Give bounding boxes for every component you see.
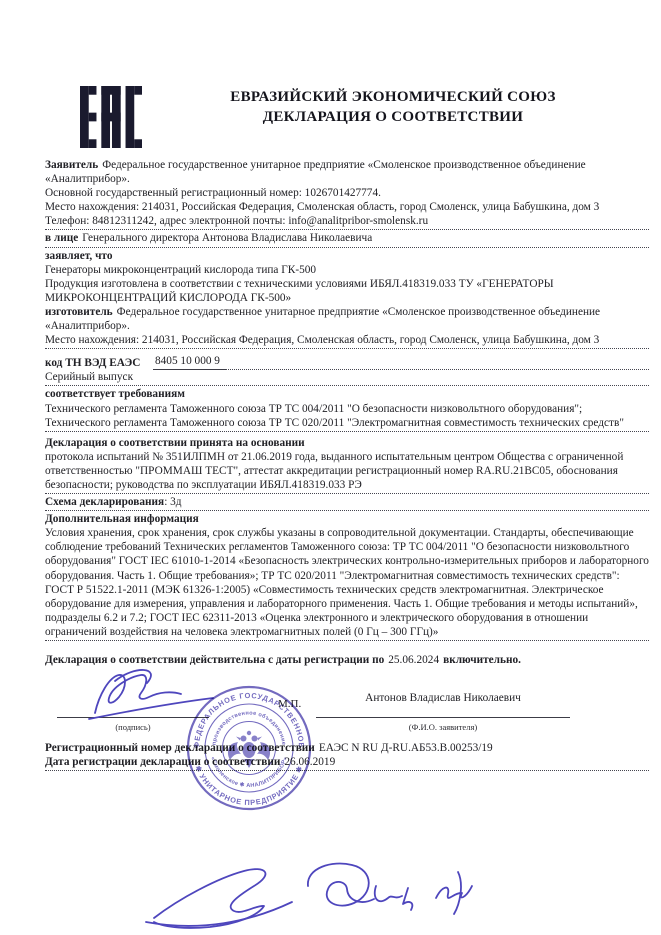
document-body: ЗаявительФедеральное государственное уни… <box>45 158 649 795</box>
compliance-heading: соответствует требованиям <box>45 387 649 401</box>
stamp-outer-top-text: ФЕДЕРАЛЬНОЕ ГОСУДАРСТВЕННОЕ <box>192 691 306 749</box>
tnved-row: код ТН ВЭД ЕАЭС8405 10 000 9 <box>45 354 649 370</box>
basis-heading: Декларация о соответствии принята на осн… <box>45 436 649 450</box>
representative-line: в лицеГенерального директора Антонова Вл… <box>45 231 649 247</box>
basis-text: протокола испытаний № 351ИЛПМН от 21.06.… <box>45 450 649 494</box>
fio-field: Антонов Владислав Николаевич (Ф.И.О. зая… <box>316 683 570 734</box>
additional-heading: Дополнительная информация <box>45 512 649 526</box>
tnved-code: 8405 10 000 9 <box>153 354 226 370</box>
registration-date-line: Дата регистрации декларации о соответств… <box>45 755 649 771</box>
applicant-address: Место нахождения: 214031, Российская Фед… <box>45 200 649 214</box>
svg-text:ФЕДЕРАЛЬНОЕ ГОСУДАРСТВЕННОЕ: ФЕДЕРАЛЬНОЕ ГОСУДАРСТВЕННОЕ <box>192 691 306 749</box>
representative-label: в лице <box>45 232 78 244</box>
compliance-item-1: Технического регламента Таможенного союз… <box>45 402 649 416</box>
signature-row: (подпись) М.П. Антонов Владислав Николае… <box>45 683 649 741</box>
signature-scribble-1 <box>154 869 265 928</box>
validity-date: 25.06.2024 <box>388 654 439 666</box>
manufacturer-address: Место нахождения: 214031, Российская Фед… <box>45 333 649 349</box>
applicant-name: Федеральное государственное унитарное пр… <box>45 159 586 185</box>
manufacturer-line: изготовительФедеральное государственное … <box>45 305 649 333</box>
scheme-value: : 3д <box>164 496 181 508</box>
stamp-inner-top-text: производственное объединение <box>212 711 287 746</box>
scheme-label: Схема декларирования <box>45 496 164 508</box>
svg-text:производственное объединение: производственное объединение <box>212 711 287 746</box>
representative-name: Генерального директора Антонова Владисла… <box>82 232 372 244</box>
applicant-ogrn: Основной государственный регистрационный… <box>45 186 649 200</box>
title-union: ЕВРАЗИЙСКИЙ ЭКОНОМИЧЕСКИЙ СОЮЗ <box>228 87 558 107</box>
tnved-label: код ТН ВЭД ЕАЭС <box>45 356 153 370</box>
product-name: Генераторы микроконцентраций кислорода т… <box>45 263 649 277</box>
compliance-item-2: Технического регламента Таможенного союз… <box>45 416 649 432</box>
title-document-type: ДЕКЛАРАЦИЯ О СООТВЕТСТВИИ <box>228 107 558 127</box>
applicant-contacts: Телефон: 84812311242, адрес электронной … <box>45 214 649 230</box>
document-title: ЕВРАЗИЙСКИЙ ЭКОНОМИЧЕСКИЙ СОЮЗ ДЕКЛАРАЦИ… <box>228 87 558 127</box>
company-seal-stamp: ФЕДЕРАЛЬНОЕ ГОСУДАРСТВЕННОЕ ✱ УНИТАРНОЕ … <box>184 683 314 813</box>
registration-number: ЕАЭС N RU Д-RU.АБ53.В.00253/19 <box>319 742 493 754</box>
applicant-line: ЗаявительФедеральное государственное уни… <box>45 158 649 186</box>
manufacturer-name: Федеральное государственное унитарное пр… <box>45 306 600 332</box>
product-specs: Продукция изготовлена в соответствии с т… <box>45 277 649 305</box>
manufacturer-label: изготовитель <box>45 306 113 318</box>
scheme-line: Схема декларирования: 3д <box>45 495 649 511</box>
applicant-label: Заявитель <box>45 159 98 171</box>
declaration-of-conformity-document: ЕВРАЗИЙСКИЙ ЭКОНОМИЧЕСКИЙ СОЮЗ ДЕКЛАРАЦИ… <box>0 0 661 935</box>
eac-logo-icon <box>80 85 142 149</box>
validity-prefix: Декларация о соответствии действительна … <box>45 654 384 666</box>
signature-registration-zone: (подпись) М.П. Антонов Владислав Николае… <box>45 683 649 795</box>
registration-number-line: Регистрационный номер декларации о соотв… <box>45 741 649 755</box>
bottom-handwritten-signatures <box>140 856 520 935</box>
signature-scribble-3 <box>436 886 472 898</box>
applicant-fio: Антонов Владислав Николаевич <box>316 683 570 717</box>
issue-type: Серийный выпуск <box>45 370 649 386</box>
tnved-ruling-line <box>226 356 649 370</box>
eac-mark-glyphs <box>80 85 142 149</box>
fio-caption: (Ф.И.О. заявителя) <box>316 718 570 734</box>
signature-scribble-2 <box>308 864 374 906</box>
additional-text: Условия хранения, срок хранения, срок сл… <box>45 526 649 641</box>
eagle-emblem-icon <box>228 731 270 768</box>
validity-suffix: включительно. <box>443 654 521 666</box>
declares-heading: заявляет, что <box>45 249 649 263</box>
validity-line: Декларация о соответствии действительна … <box>45 653 649 667</box>
